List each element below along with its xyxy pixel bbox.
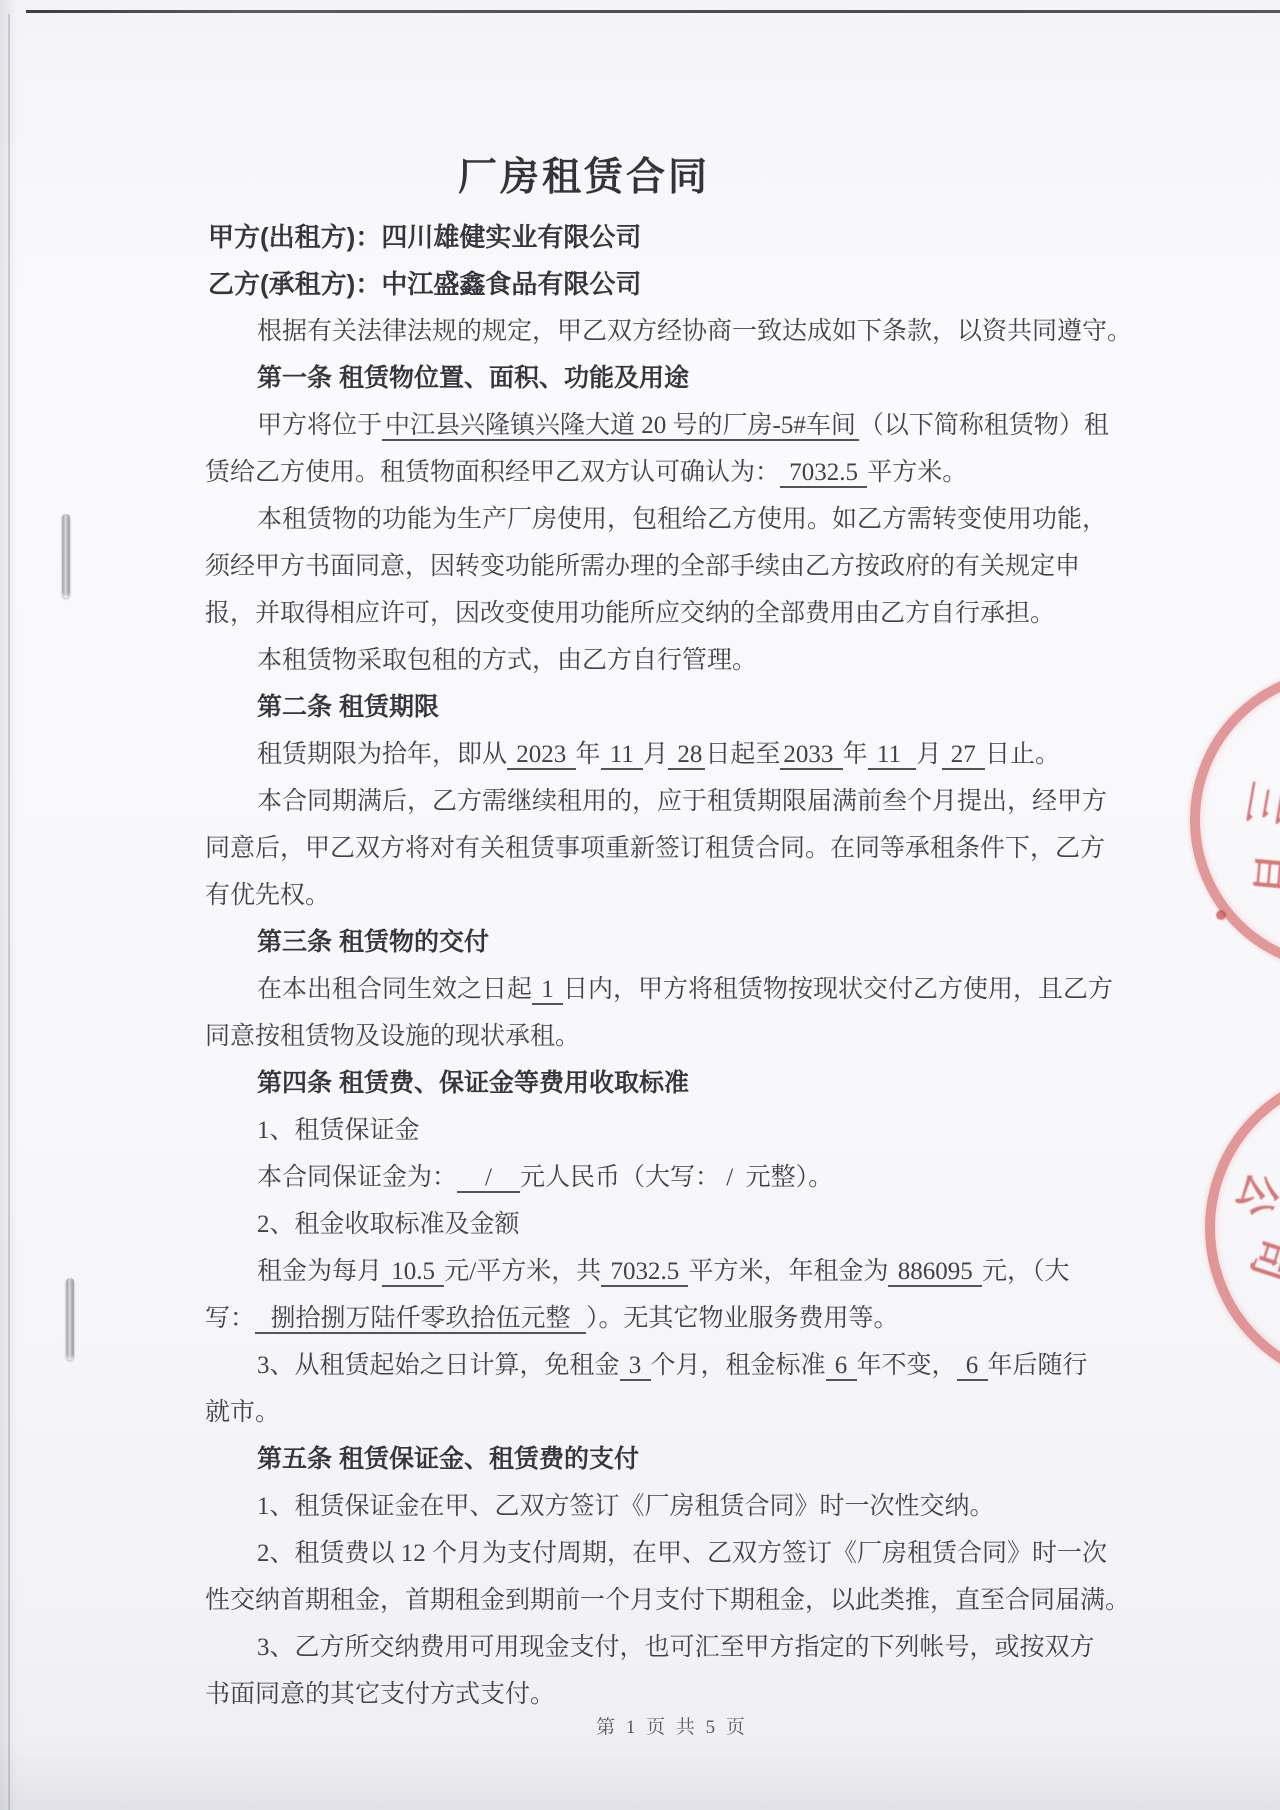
red-seal-stamp-upper: 三目 [1190,668,1280,972]
filled-blank-underlined: 2033 [780,741,842,770]
contract-text: 有优先权。 [205,882,330,909]
contract-text: 租赁期限为拾年，即从 [257,741,507,768]
filled-blank-underlined: 捌拾捌万陆仟零玖拾伍元整 [255,1305,586,1334]
contract-line: 乙方(承租方)：中江盛鑫食品有限公司 [205,261,1115,308]
contract-text: 日内，甲方将租赁物按现状交付乙方使用，且乙方 [563,976,1113,1003]
contract-text: 个月，租金标准 [651,1352,826,1379]
contract-text: 甲方将位于 [257,412,382,439]
contract-text: 平方米，年租金为 [688,1258,888,1285]
filled-blank-underlined: 11 [868,741,917,770]
contract-line: 第二条 租赁期限 [205,684,1115,731]
contract-text: 同意按租赁物及设施的现状承租。 [205,1023,580,1050]
contract-text: 元人民币（大写： / 元整）。 [520,1164,833,1191]
seal-character-fragment: 三 [1234,778,1280,830]
contract-text: 本租赁物的功能为生产厂房使用，包租给乙方使用。如乙方需转变使用功能， [257,506,1107,533]
contract-line: 3、从租赁起始之日计算，免租金 3 个月，租金标准 6 年不变， 6 年后随行 [205,1342,1115,1389]
contract-body: 甲方(出租方)：四川雄健实业有限公司乙方(承租方)：中江盛鑫食品有限公司根据有关… [205,214,1115,1718]
contract-text: （以下简称租赁物）租 [859,412,1109,439]
contract-text: 1、租赁保证金 [257,1117,420,1144]
contract-text: 乙方(承租方)：中江盛鑫食品有限公司 [208,269,641,299]
filled-blank-underlined: 28 [668,741,705,770]
contract-text: 赁给乙方使用。租赁物面积经甲乙双方认可确认为： [205,459,780,486]
contract-text: 在本出租合同生效之日起 [257,976,532,1003]
filled-blank-underlined: 886095 [888,1258,982,1287]
contract-text: 本租赁物采取包租的方式，由乙方自行管理。 [257,647,757,674]
contract-text: 3、从租赁起始之日计算，免租金 [257,1352,620,1379]
filled-blank-underlined: 10.5 [382,1258,444,1287]
page-number-footer: 第 1 页 共 5 页 [64,1712,1280,1739]
contract-text: 性交纳首期租金，首期租金到期前一个月支付下期租金，以此类推，直至合同届满。 [205,1587,1130,1614]
filled-blank-underlined: 1 [532,976,563,1005]
contract-title: 厂房租赁合同 [0,146,1168,202]
contract-text: 第二条 租赁期限 [257,693,439,721]
filled-blank-underlined: 2023 [507,741,576,770]
contract-text: ）。无其它物业服务费用等。 [586,1305,899,1332]
filled-blank-underlined: 7032.5 [780,459,867,488]
contract-text: 写： [205,1305,255,1332]
filled-blank-underlined: / [457,1164,520,1193]
contract-text: 根据有关法律法规的规定，甲乙双方经协商一致达成如下条款，以资共同遵守。 [257,318,1132,345]
contract-text: 月 [916,741,941,768]
filled-blank-underlined: 中江县兴隆镇兴隆大道 20 号的厂房-5#车间 [382,412,859,441]
contract-line: 3、乙方所交纳费用可用现金支付，也可汇至甲方指定的下列帐号，或按双方 [205,1624,1115,1671]
contract-line: 第五条 租赁保证金、租赁费的支付 [205,1436,1115,1483]
scan-edge-left [8,14,10,1810]
contract-text: 日起至 [705,741,780,768]
contract-line: 第一条 租赁物位置、面积、功能及用途 [205,355,1115,402]
scan-shadow-bottom [0,1740,1280,1810]
contract-text: 元，（大 [982,1258,1070,1285]
contract-line: 就市。 [205,1389,1115,1436]
contract-text: 元/平方米，共 [444,1258,601,1285]
filled-blank-underlined: 11 [601,741,644,770]
contract-line: 同意按租赁物及设施的现状承租。 [205,1013,1115,1060]
contract-text: 年后随行 [988,1352,1088,1379]
contract-line: 1、租赁保证金 [205,1107,1115,1154]
contract-text: 第五条 租赁保证金、租赁费的支付 [257,1445,639,1473]
contract-line: 1、租赁保证金在甲、乙双方签订《厂房租赁合同》时一次性交纳。 [205,1483,1115,1530]
contract-line: 本租赁物采取包租的方式，由乙方自行管理。 [205,637,1115,684]
contract-text: 日止。 [985,741,1060,768]
scanned-contract-page: 三目 公司 厂房租赁合同 甲方(出租方)：四川雄健实业有限公司乙方(承租方)：中… [0,0,1280,1810]
binding-staple-mark [66,1278,74,1360]
contract-text: 就市。 [205,1399,280,1426]
contract-line: 有优先权。 [205,872,1115,919]
contract-line: 本合同保证金为： / 元人民币（大写： / 元整）。 [205,1154,1115,1201]
contract-text: 3、乙方所交纳费用可用现金支付，也可汇至甲方指定的下列帐号，或按双方 [257,1634,1095,1661]
contract-line: 2、租赁费以 12 个月为支付周期，在甲、乙双方签订《厂房租赁合同》时一次 [205,1530,1115,1577]
contract-line: 第四条 租赁费、保证金等费用收取标准 [205,1060,1115,1107]
contract-line: 赁给乙方使用。租赁物面积经甲乙双方认可确认为： 7032.5 平方米。 [205,449,1115,496]
contract-text: 1、租赁保证金在甲、乙双方签订《厂房租赁合同》时一次性交纳。 [257,1493,995,1520]
contract-line: 根据有关法律法规的规定，甲乙双方经协商一致达成如下条款，以资共同遵守。 [205,308,1115,355]
contract-line: 须经甲方书面同意，因转变功能所需办理的全部手续由乙方按政府的有关规定申 [205,543,1115,590]
filled-blank-underlined: 3 [620,1352,651,1381]
scan-edge-top [26,10,1280,13]
contract-line: 甲方将位于中江县兴隆镇兴隆大道 20 号的厂房-5#车间（以下简称租赁物）租 [205,402,1115,449]
contract-text: 2、租金收取标准及金额 [257,1211,520,1238]
contract-text: 本合同保证金为： [257,1164,457,1191]
contract-line: 第三条 租赁物的交付 [205,919,1115,966]
filled-blank-underlined: 27 [942,741,986,770]
seal-character-fragment: 公 [1224,1164,1280,1227]
contract-text: 月 [643,741,668,768]
contract-text: 年不变， [857,1352,957,1379]
contract-text: 报，并取得相应许可，因改变使用功能所应交纳的全部费用由乙方自行承担。 [205,600,1055,627]
contract-line: 本合同期满后，乙方需继续租用的，应于租赁期限届满前叁个月提出，经甲方 [205,778,1115,825]
contract-line: 写： 捌拾捌万陆仟零玖拾伍元整 ）。无其它物业服务费用等。 [205,1295,1115,1342]
contract-text: 第一条 租赁物位置、面积、功能及用途 [257,364,689,392]
contract-line: 本租赁物的功能为生产厂房使用，包租给乙方使用。如乙方需转变使用功能， [205,496,1115,543]
filled-blank-underlined: 7032.5 [601,1258,688,1287]
contract-line: 在本出租合同生效之日起 1 日内，甲方将租赁物按现状交付乙方使用，且乙方 [205,966,1115,1013]
filled-blank-underlined: 6 [957,1352,988,1381]
contract-line: 甲方(出租方)：四川雄健实业有限公司 [205,214,1115,261]
seal-character-fragment: 司 [1239,1231,1280,1290]
contract-text: 2、租赁费以 12 个月为支付周期，在甲、乙双方签订《厂房租赁合同》时一次 [257,1540,1107,1567]
contract-line: 书面同意的其它支付方式支付。 [205,1671,1115,1718]
contract-text: 第三条 租赁物的交付 [257,928,489,956]
contract-line: 性交纳首期租金，首期租金到期前一个月支付下期租金，以此类推，直至合同届满。 [205,1577,1115,1624]
contract-text: 须经甲方书面同意，因转变功能所需办理的全部手续由乙方按政府的有关规定申 [205,553,1080,580]
contract-text: 甲方(出租方)：四川雄健实业有限公司 [208,222,641,252]
red-seal-stamp-lower: 公司 [1205,1068,1280,1388]
contract-text: 平方米。 [867,459,967,486]
contract-line: 同意后，甲乙双方将对有关租赁事项重新签订租赁合同。在同等承租条件下，乙方 [205,825,1115,872]
contract-text: 本合同期满后，乙方需继续租用的，应于租赁期限届满前叁个月提出，经甲方 [257,788,1107,815]
filled-blank-underlined: 6 [826,1352,857,1381]
contract-text: 年 [843,741,868,768]
contract-line: 报，并取得相应许可，因改变使用功能所应交纳的全部费用由乙方自行承担。 [205,590,1115,637]
contract-line: 2、租金收取标准及金额 [205,1201,1115,1248]
contract-line: 租金为每月 10.5 元/平方米，共 7032.5 平方米，年租金为 88609… [205,1248,1115,1295]
contract-line: 租赁期限为拾年，即从 2023 年 11 月 28日起至2033 年 11 月 … [205,731,1115,778]
contract-text: 书面同意的其它支付方式支付。 [205,1681,555,1708]
contract-text: 租金为每月 [257,1258,382,1285]
contract-text: 年 [576,741,601,768]
seal-character-fragment: 目 [1243,850,1280,897]
contract-text: 同意后，甲乙双方将对有关租赁事项重新签订租赁合同。在同等承租条件下，乙方 [205,835,1105,862]
binding-staple-mark [62,514,70,598]
contract-text: 第四条 租赁费、保证金等费用收取标准 [257,1069,689,1097]
